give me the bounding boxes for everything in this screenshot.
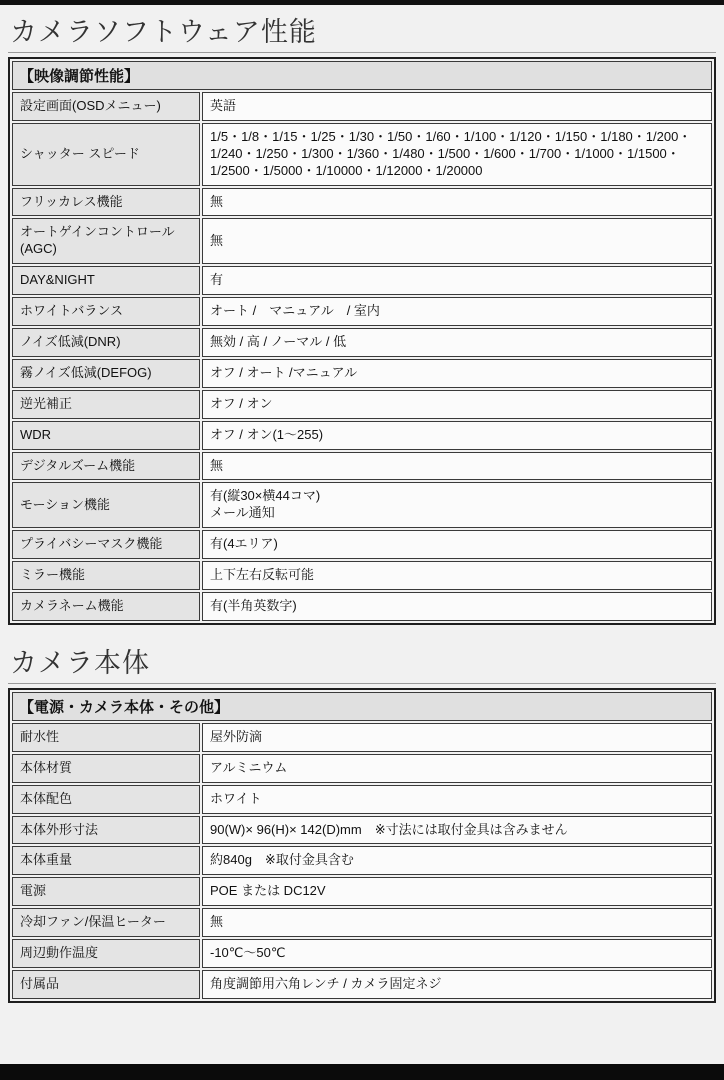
spec-value-cell: 有 — [202, 266, 712, 295]
spec-label-cell: WDR — [12, 421, 200, 450]
spec-value-cell: 有(半角英数字) — [202, 592, 712, 621]
spec-value-cell: オフ / オン(1～255) — [202, 421, 712, 450]
spec-table-video-adjustment: 【映像調節性能】 設定画面(OSDメニュー)英語シャッター スピード1/5・1/… — [8, 57, 716, 625]
table-row: シャッター スピード1/5・1/8・1/15・1/25・1/30・1/50・1/… — [12, 123, 712, 186]
table-row: ミラー機能上下左右反転可能 — [12, 561, 712, 590]
spec-value-cell: 屋外防滴 — [202, 723, 712, 752]
table-row: フリッカレス機能無 — [12, 188, 712, 217]
spec-value-cell: 1/5・1/8・1/15・1/25・1/30・1/50・1/60・1/100・1… — [202, 123, 712, 186]
spec-label-cell: ノイズ低減(DNR) — [12, 328, 200, 357]
table-section-header: 【映像調節性能】 — [12, 61, 712, 90]
spec-label-cell: カメラネーム機能 — [12, 592, 200, 621]
table-row: 冷却ファン/保温ヒーター無 — [12, 908, 712, 937]
table-row: プライバシーマスク機能有(4エリア) — [12, 530, 712, 559]
spec-label-cell: 霧ノイズ低減(DEFOG) — [12, 359, 200, 388]
spec-label-cell: ホワイトバランス — [12, 297, 200, 326]
table-row: 耐水性屋外防滴 — [12, 723, 712, 752]
spec-label-cell: 電源 — [12, 877, 200, 906]
spec-value-cell: -10℃～50℃ — [202, 939, 712, 968]
table-row: WDRオフ / オン(1～255) — [12, 421, 712, 450]
spec-value-cell: POE または DC12V — [202, 877, 712, 906]
table-row: オートゲインコントロール(AGC)無 — [12, 218, 712, 264]
table-header-row: 【電源・カメラ本体・その他】 — [12, 692, 712, 721]
table-row: 本体外形寸法90(W)× 96(H)× 142(D)mm ※寸法には取付金具は含… — [12, 816, 712, 845]
spec-value-cell: オフ / オン — [202, 390, 712, 419]
spec-value-cell: 無 — [202, 188, 712, 217]
spec-label-cell: 逆光補正 — [12, 390, 200, 419]
table-row: ホワイトバランスオート / マニュアル / 室内 — [12, 297, 712, 326]
table-row: デジタルズーム機能無 — [12, 452, 712, 481]
spec-label-cell: プライバシーマスク機能 — [12, 530, 200, 559]
spec-label-cell: 設定画面(OSDメニュー) — [12, 92, 200, 121]
table-row: 本体材質アルミニウム — [12, 754, 712, 783]
table-row: 霧ノイズ低減(DEFOG)オフ / オート /マニュアル — [12, 359, 712, 388]
table-row: DAY&NIGHT有 — [12, 266, 712, 295]
spec-value-cell: 角度調節用六角レンチ / カメラ固定ネジ — [202, 970, 712, 999]
spec-label-cell: 耐水性 — [12, 723, 200, 752]
top-edge-bar — [0, 0, 724, 5]
spec-label-cell: 本体材質 — [12, 754, 200, 783]
page-title-software-performance: カメラソフトウェア性能 — [8, 10, 716, 53]
spec-table-power-body-others: 【電源・カメラ本体・その他】 耐水性屋外防滴本体材質アルミニウム本体配色ホワイト… — [8, 688, 716, 1003]
spec-label-cell: 本体配色 — [12, 785, 200, 814]
table-row: 付属品角度調節用六角レンチ / カメラ固定ネジ — [12, 970, 712, 999]
spec-value-cell: 無 — [202, 218, 712, 264]
spec-value-cell: 約840g ※取付金具含む — [202, 846, 712, 875]
table-header-row: 【映像調節性能】 — [12, 61, 712, 90]
spec-value-cell: 無 — [202, 908, 712, 937]
table-row: カメラネーム機能有(半角英数字) — [12, 592, 712, 621]
table-row: 逆光補正オフ / オン — [12, 390, 712, 419]
table-row: 本体配色ホワイト — [12, 785, 712, 814]
spec-label-cell: シャッター スピード — [12, 123, 200, 186]
spec-value-cell: オフ / オート /マニュアル — [202, 359, 712, 388]
spec-value-cell: 無 — [202, 452, 712, 481]
table-row: モーション機能有(縦30×横44コマ) メール通知 — [12, 482, 712, 528]
spec-label-cell: オートゲインコントロール(AGC) — [12, 218, 200, 264]
table-row: 設定画面(OSDメニュー)英語 — [12, 92, 712, 121]
table-row: ノイズ低減(DNR)無効 / 高 / ノーマル / 低 — [12, 328, 712, 357]
spec-label-cell: 冷却ファン/保温ヒーター — [12, 908, 200, 937]
spec-label-cell: 周辺動作温度 — [12, 939, 200, 968]
spec-value-cell: オート / マニュアル / 室内 — [202, 297, 712, 326]
spec-page: カメラソフトウェア性能 【映像調節性能】 設定画面(OSDメニュー)英語シャッタ… — [0, 10, 724, 1003]
spec-value-cell: 有(4エリア) — [202, 530, 712, 559]
table-section-header: 【電源・カメラ本体・その他】 — [12, 692, 712, 721]
table-row: 電源POE または DC12V — [12, 877, 712, 906]
spec-value-cell: 英語 — [202, 92, 712, 121]
spec-label-cell: デジタルズーム機能 — [12, 452, 200, 481]
table-body: 設定画面(OSDメニュー)英語シャッター スピード1/5・1/8・1/15・1/… — [12, 92, 712, 621]
spec-label-cell: ミラー機能 — [12, 561, 200, 590]
spec-value-cell: アルミニウム — [202, 754, 712, 783]
table-row: 本体重量約840g ※取付金具含む — [12, 846, 712, 875]
spec-value-cell: 上下左右反転可能 — [202, 561, 712, 590]
page-title-camera-body: カメラ本体 — [8, 641, 716, 684]
table-body: 耐水性屋外防滴本体材質アルミニウム本体配色ホワイト本体外形寸法90(W)× 96… — [12, 723, 712, 999]
spec-value-cell: 有(縦30×横44コマ) メール通知 — [202, 482, 712, 528]
table-row: 周辺動作温度-10℃～50℃ — [12, 939, 712, 968]
spec-label-cell: 本体重量 — [12, 846, 200, 875]
bottom-edge-bar — [0, 1064, 724, 1080]
spec-label-cell: モーション機能 — [12, 482, 200, 528]
spec-value-cell: 90(W)× 96(H)× 142(D)mm ※寸法には取付金具は含みません — [202, 816, 712, 845]
spec-label-cell: フリッカレス機能 — [12, 188, 200, 217]
spec-value-cell: ホワイト — [202, 785, 712, 814]
spec-label-cell: 付属品 — [12, 970, 200, 999]
spec-label-cell: DAY&NIGHT — [12, 266, 200, 295]
spec-value-cell: 無効 / 高 / ノーマル / 低 — [202, 328, 712, 357]
spec-label-cell: 本体外形寸法 — [12, 816, 200, 845]
